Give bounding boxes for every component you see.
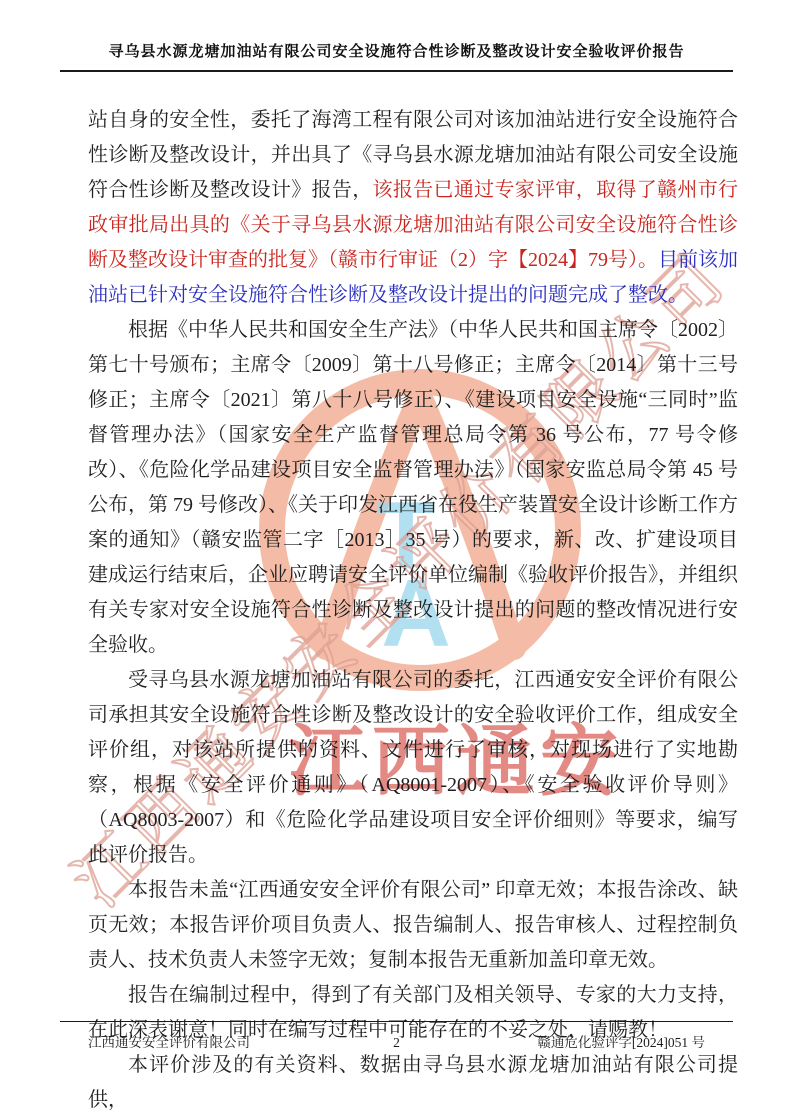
footer-company-name: 江西通安安全评价有限公司	[88, 1031, 393, 1051]
text-run-body: 本报告未盖“江西通安安全评价有限公司” 印章无效；本报告涂改、缺页无效；本报告评…	[88, 879, 738, 971]
text-run-body: 根据《中华人民共和国安全生产法》（中华人民共和国主席令〔2002〕第七十号颁布；…	[88, 319, 738, 656]
paragraph: 站自身的安全性，委托了海湾工程有限公司对该加油站进行安全设施符合性诊断及整改设计…	[88, 103, 738, 313]
paragraph: 本评价涉及的有关资料、数据由寻乌县水源龙塘加油站有限公司提供，	[88, 1048, 738, 1118]
footer-doc-number: 赣通危化验评字[2024]051 号	[400, 1031, 705, 1051]
report-page: T A 江西通安 江西通安安全评价有限公司 寻乌县水源龙塘加油站有限公司安全设施…	[0, 0, 793, 1120]
page-footer: 江西通安安全评价有限公司 2 赣通危化验评字[2024]051 号	[60, 1021, 733, 1051]
header-rule	[60, 70, 733, 72]
footer-row: 江西通安安全评价有限公司 2 赣通危化验评字[2024]051 号	[60, 1022, 733, 1051]
body-paragraphs: 站自身的安全性，委托了海湾工程有限公司对该加油站进行安全设施符合性诊断及整改设计…	[88, 103, 738, 1118]
page-header: 寻乌县水源龙塘加油站有限公司安全设施符合性诊断及整改设计安全验收评价报告	[0, 0, 793, 72]
paragraph: 受寻乌县水源龙塘加油站有限公司的委托，江西通安安全评价有限公司承担其安全设施符合…	[88, 663, 738, 873]
header-title: 寻乌县水源龙塘加油站有限公司安全设施符合性诊断及整改设计安全验收评价报告	[60, 40, 733, 61]
paragraph: 根据《中华人民共和国安全生产法》（中华人民共和国主席令〔2002〕第七十号颁布；…	[88, 313, 738, 663]
text-run-body: 本评价涉及的有关资料、数据由寻乌县水源龙塘加油站有限公司提供，	[88, 1054, 738, 1111]
paragraph: 本报告未盖“江西通安安全评价有限公司” 印章无效；本报告涂改、缺页无效；本报告评…	[88, 873, 738, 978]
text-run-body: 受寻乌县水源龙塘加油站有限公司的委托，江西通安安全评价有限公司承担其安全设施符合…	[88, 669, 738, 866]
page-content: 寻乌县水源龙塘加油站有限公司安全设施符合性诊断及整改设计安全验收评价报告 站自身…	[0, 0, 793, 1118]
footer-page-number: 2	[393, 1035, 400, 1051]
